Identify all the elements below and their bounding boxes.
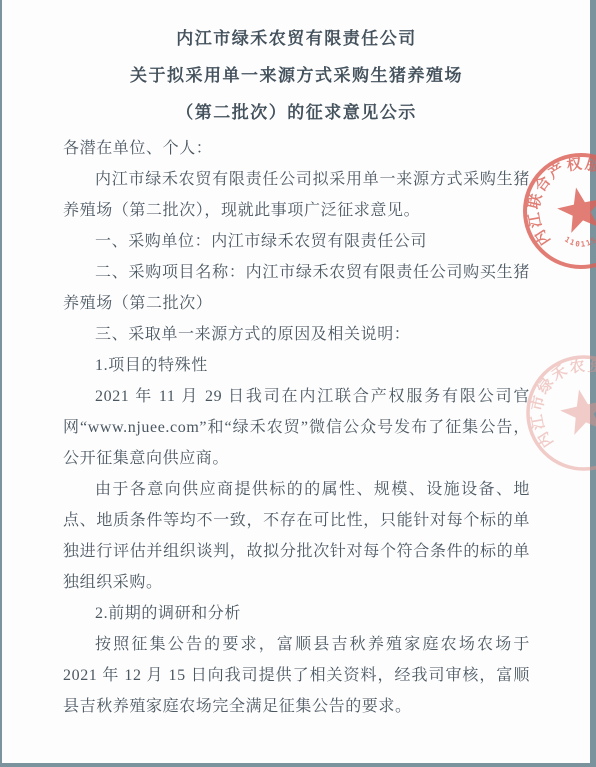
paragraph-specialty-heading: 1.项目的特殊性 (63, 350, 530, 381)
paragraph-purchaser: 一、采购单位：内江市绿禾农贸有限责任公司 (63, 226, 530, 257)
paragraph-announcement: 2021 年 11 月 29 日我司在内江联合产权服务有限公司官网“www.nj… (63, 381, 530, 474)
document-title: 内江市绿禾农贸有限责任公司 关于拟采用单一来源方式采购生猪养殖场 （第二批次）的… (63, 0, 530, 131)
paragraph-comparability: 由于各意向供应商提供标的的属性、规模、设施设备、地点、地质条件等均不一致，不存在… (63, 474, 530, 598)
paragraph-research-heading: 2.前期的调研和分析 (63, 598, 530, 629)
title-line-3: （第二批次）的征求意见公示 (63, 94, 530, 131)
seal-arc-text: 内江联合产权服 (525, 154, 596, 248)
title-line-2: 关于拟采用单一来源方式采购生猪养殖场 (63, 57, 530, 94)
document-content: 内江市绿禾农贸有限责任公司 关于拟采用单一来源方式采购生猪养殖场 （第二批次）的… (63, 0, 530, 722)
seal-arc-text: 内江市绿禾农贸 (528, 356, 596, 450)
paragraph-intro: 内江市绿禾农贸有限责任公司拟采用单一来源方式采购生猪养殖场（第二批次），现就此事… (63, 164, 530, 226)
scan-edge-right (590, 0, 596, 767)
salutation: 各潜在单位、个人： (63, 133, 530, 164)
title-line-1: 内江市绿禾农贸有限责任公司 (63, 20, 530, 57)
seal-ring (525, 155, 596, 267)
scan-edge-bottom (0, 763, 596, 767)
paragraph-project-name: 二、采购项目名称：内江市绿禾农贸有限责任公司购买生猪养殖场（第二批次） (63, 257, 530, 319)
scan-edge-left (0, 0, 2, 767)
seal-ring (528, 357, 596, 469)
paragraph-reason-heading: 三、采取单一来源方式的原因及相关说明： (63, 319, 530, 350)
paragraph-review: 按照征集公告的要求，富顺县吉秋养殖家庭农场农场于 2021 年 12 月 15 … (63, 629, 530, 722)
document-body: 各潜在单位、个人： 内江市绿禾农贸有限责任公司拟采用单一来源方式采购生猪养殖场（… (63, 133, 530, 722)
scanned-document-page: 内江市绿禾农贸有限责任公司 关于拟采用单一来源方式采购生猪养殖场 （第二批次）的… (0, 0, 596, 767)
